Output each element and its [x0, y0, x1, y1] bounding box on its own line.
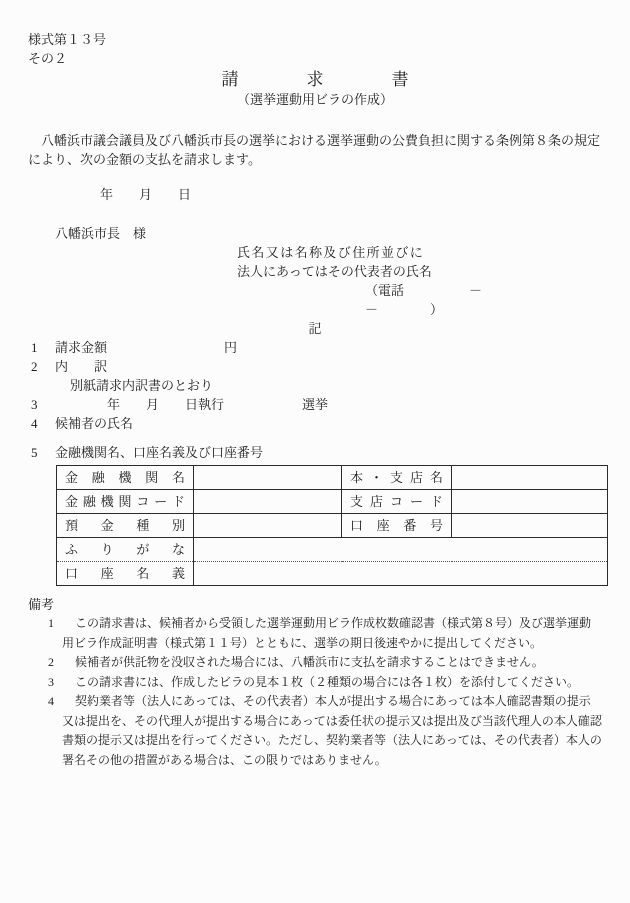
table-row: 預金種別 口座番号: [57, 514, 608, 538]
account-holder-label-cell: 口座名義: [57, 562, 194, 586]
note-number: 2: [48, 653, 75, 673]
branch-code-value-cell: [452, 490, 608, 514]
phone-line: （電話 － － ）: [28, 281, 602, 319]
item-text: 請求金額 円: [55, 340, 237, 355]
bank-account-table: 金融機関名 本・支店名 金融機関コード 支店コード 預金種別 口座番号 ふりがな: [56, 465, 608, 586]
branch-name-value-cell: [452, 466, 608, 490]
account-holder-value-cell: [194, 562, 608, 586]
bank-name-value-cell: [194, 466, 342, 490]
item-number: 5: [31, 443, 55, 462]
deposit-type-label-cell: 預金種別: [57, 514, 194, 538]
date-line: 年 月 日: [28, 185, 602, 204]
item-bank-account: 5金融機関名、口座名義及び口座番号: [28, 443, 602, 462]
item-text: 年 月 日執行 選挙: [55, 397, 328, 412]
addressee-line: 八幡浜市長 様: [28, 224, 602, 243]
note-number: 4: [48, 692, 75, 712]
note-text: この請求書は、候補者から受領した選挙運動用ビラ作成枚数確認書（様式第８号）及び選…: [62, 616, 591, 650]
document-page: 様式第１３号 その２ 請 求 書 （選挙運動用ビラの作成） 八幡浜市議会議員及び…: [0, 0, 630, 903]
bank-name-label-cell: 金融機関名: [57, 466, 194, 490]
notes-title: 備考: [28, 595, 602, 614]
item-number: 1: [31, 338, 55, 357]
name-address-label-line2: 法人にあってはその代表者の氏名: [237, 262, 602, 281]
item-number: 4: [31, 414, 55, 433]
item-breakdown-sub: 別紙請求内訳書のとおり: [28, 376, 602, 395]
page-subtitle: （選挙運動用ビラの作成）: [28, 91, 602, 109]
account-number-label-cell: 口座番号: [342, 514, 452, 538]
item-number: 2: [31, 357, 55, 376]
item-text: 金融機関名、口座名義及び口座番号: [55, 445, 263, 460]
deposit-type-value-cell: [194, 514, 342, 538]
item-claim-amount: 1請求金額 円: [28, 338, 602, 357]
page-title: 請 求 書: [28, 69, 602, 91]
item-text: 候補者の氏名: [55, 416, 133, 431]
note-number: 1: [48, 614, 75, 634]
item-text: 内 訳: [55, 359, 107, 374]
note-text: この請求書には、作成したビラの見本１枚（２種類の場合には各１枚）を添付してくださ…: [75, 675, 579, 689]
ki-heading: 記: [28, 319, 602, 338]
table-row: 口座名義: [57, 562, 608, 586]
bank-code-label-cell: 金融機関コード: [57, 490, 194, 514]
intro-paragraph: 八幡浜市議会議員及び八幡浜市長の選挙における選挙運動の公費負担に関する条例第８条…: [28, 131, 602, 169]
note-item: 3この請求書には、作成したビラの見本１枚（２種類の場合には各１枚）を添付してくだ…: [28, 673, 602, 693]
note-item: 4契約業者等（法人にあっては、その代表者）本人が提出する場合にあっては本人確認書…: [28, 692, 602, 770]
furigana-label-cell: ふりがな: [57, 538, 194, 562]
name-address-label-line1: 氏名又は名称及び住所並びに: [237, 243, 602, 262]
table-row: ふりがな: [57, 538, 608, 562]
item-election-date: 3 年 月 日執行 選挙: [28, 395, 602, 414]
note-number: 3: [48, 673, 75, 693]
form-number: 様式第１３号: [28, 30, 602, 49]
bank-code-value-cell: [194, 490, 342, 514]
note-item: 2候補者が供託物を没収された場合には、八幡浜市に支払を請求することはできません。: [28, 653, 602, 673]
furigana-value-cell: [194, 538, 608, 562]
item-breakdown: 2内 訳: [28, 357, 602, 376]
table-row: 金融機関名 本・支店名: [57, 466, 608, 490]
form-part-number: その２: [28, 49, 602, 68]
note-item: 1この請求書は、候補者から受領した選挙運動用ビラ作成枚数確認書（様式第８号）及び…: [28, 614, 602, 653]
branch-code-label-cell: 支店コード: [342, 490, 452, 514]
note-text: 候補者が供託物を没収された場合には、八幡浜市に支払を請求することはできません。: [75, 655, 544, 669]
item-candidate-name: 4候補者の氏名: [28, 414, 602, 433]
name-address-block: 氏名又は名称及び住所並びに 法人にあってはその代表者の氏名: [28, 243, 602, 281]
table-row: 金融機関コード 支店コード: [57, 490, 608, 514]
branch-name-label-cell: 本・支店名: [342, 466, 452, 490]
account-number-value-cell: [452, 514, 608, 538]
item-number: 3: [31, 395, 55, 414]
note-text: 契約業者等（法人にあっては、その代表者）本人が提出する場合にあっては本人確認書類…: [62, 694, 602, 767]
